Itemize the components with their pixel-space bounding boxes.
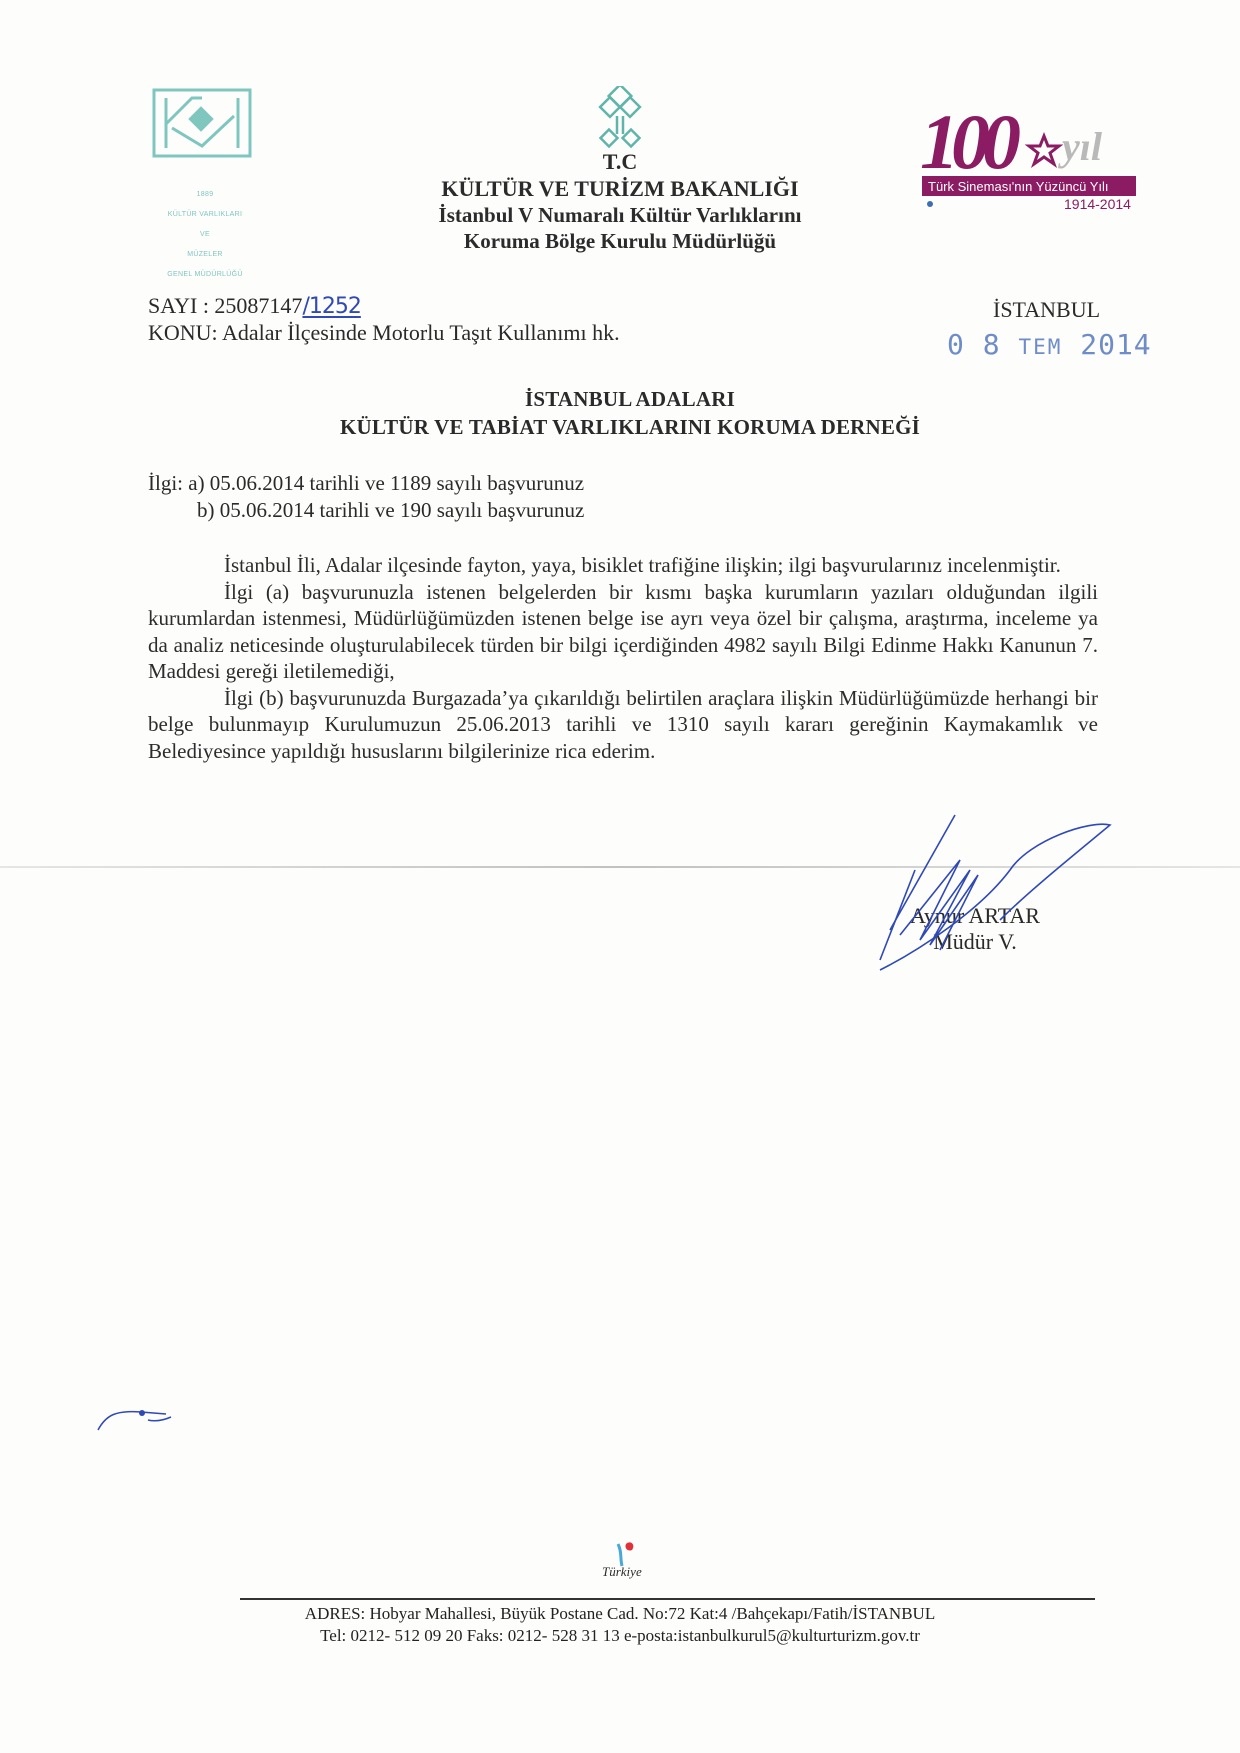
- references: İlgi: a) 05.06.2014 tarihli ve 1189 sayı…: [148, 470, 584, 524]
- svg-text:Türk Sineması'nın Yüzüncü Yılı: Türk Sineması'nın Yüzüncü Yılı: [928, 179, 1108, 194]
- subject-line: KONU: Adalar İlçesinde Motorlu Taşıt Kul…: [148, 320, 620, 346]
- footer: ADRES: Hobyar Mahallesi, Büyük Postane C…: [240, 1603, 1000, 1647]
- footer-contact: Tel: 0212- 512 09 20 Faks: 0212- 528 31 …: [240, 1625, 1000, 1647]
- document-number: SAYI : 25087147/1252: [148, 293, 361, 319]
- 100-yil-cinema-logo-icon: 100 yıl Türk Sineması'nın Yüzüncü Yılı 1…: [916, 96, 1142, 216]
- ministry-knot-emblem-icon: [597, 86, 643, 150]
- date-stamp: 0 8 TEM 2014: [947, 328, 1152, 361]
- letter-body: İstanbul İli, Adalar ilçesinde fayton, y…: [148, 552, 1098, 764]
- tc-label: T.C: [340, 148, 900, 176]
- kvmgm-line: MÜZELER: [140, 250, 270, 260]
- body-paragraph-1: İstanbul İli, Adalar ilçesinde fayton, y…: [148, 552, 1098, 579]
- paper-fold-line: [0, 866, 1240, 868]
- kvmgm-line: VE: [140, 230, 270, 240]
- kvmgm-logo-text: 1889 KÜLTÜR VARLIKLARI VE MÜZELER GENEL …: [140, 180, 270, 290]
- body-paragraph-2: İlgi (a) başvurunuzla istenen belgelerde…: [148, 579, 1098, 685]
- handwritten-number: /1252: [302, 294, 360, 319]
- addressee-line1: İSTANBUL ADALARI: [240, 385, 1020, 413]
- reference-b: b) 05.06.2014 tarihli ve 190 sayılı başv…: [148, 497, 584, 524]
- signer-block: Aynur ARTAR Müdür V.: [875, 903, 1075, 955]
- footer-divider: [240, 1598, 1095, 1600]
- kvmgm-line: KÜLTÜR VARLIKLARI: [140, 210, 270, 220]
- signer-name: Aynur ARTAR: [875, 903, 1075, 929]
- turkiye-logo-icon: Türkiye: [596, 1540, 646, 1585]
- kvmgm-line: GENEL MÜDÜRLÜĞÜ: [140, 270, 270, 280]
- stamp-year: 2014: [1080, 328, 1151, 361]
- unit-name-line2: Koruma Bölge Kurulu Müdürlüğü: [340, 228, 900, 254]
- footer-address: ADRES: Hobyar Mahallesi, Büyük Postane C…: [240, 1603, 1000, 1625]
- city-label: İSTANBUL: [993, 297, 1100, 323]
- svg-text:100: 100: [920, 98, 1020, 185]
- ministry-name: KÜLTÜR VE TURİZM BAKANLIĞI: [340, 176, 900, 202]
- letterhead-header: T.C KÜLTÜR VE TURİZM BAKANLIĞI İstanbul …: [340, 148, 900, 254]
- turkiye-logo-text: Türkiye: [602, 1564, 642, 1579]
- body-paragraph-3: İlgi (b) başvurunuzda Burgazada’ya çıkar…: [148, 685, 1098, 765]
- addressee: İSTANBUL ADALARI KÜLTÜR VE TABİAT VARLIK…: [240, 385, 1020, 441]
- unit-name-line1: İstanbul V Numaralı Kültür Varlıklarını: [340, 202, 900, 228]
- handwritten-initials-icon: [96, 1400, 176, 1440]
- stamp-day: 0 8: [947, 328, 1001, 361]
- sayi-label: SAYI : 25087147: [148, 293, 302, 318]
- kvmgm-year: 1889: [140, 190, 270, 200]
- svg-text:yıl: yıl: [1058, 124, 1103, 169]
- stamp-month: TEM: [1018, 335, 1062, 359]
- reference-a: İlgi: a) 05.06.2014 tarihli ve 1189 sayı…: [148, 470, 584, 497]
- kvmgm-logo-icon: [152, 88, 252, 158]
- signer-title: Müdür V.: [875, 929, 1075, 955]
- addressee-line2: KÜLTÜR VE TABİAT VARLIKLARINI KORUMA DER…: [240, 413, 1020, 441]
- svg-text:1914-2014: 1914-2014: [1064, 196, 1131, 212]
